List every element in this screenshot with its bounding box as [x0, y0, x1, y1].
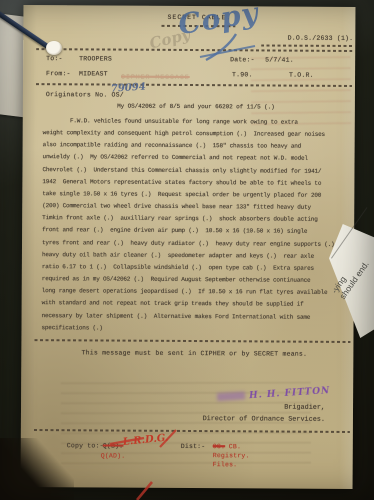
t90-field: T.90. [232, 71, 253, 78]
copy-to-struck: Q(B). [103, 442, 124, 449]
body-line: specifications (.) [41, 322, 349, 336]
from-value: MIDEAST [79, 70, 108, 77]
ghost-cipher-stamp: CIPHER MESSAGE [121, 74, 190, 81]
signatory-title: Director of Ordnance Services. [121, 413, 325, 426]
cable-document: SECRET CABLE. Copy D.O.S./2633 (1). To:-… [21, 5, 356, 489]
from-label: From:- [46, 70, 71, 77]
dist-second: Registry. [213, 452, 250, 459]
copy-to-second: Q(AD). [101, 452, 126, 459]
reference-underline [261, 44, 353, 46]
to-value: TROOPERS [79, 55, 112, 62]
white-slip: -ying should end. [329, 224, 374, 338]
fastener-washer [46, 41, 62, 55]
message-intro: My OS/42062 of 8/5 and your 66202 of 11/… [43, 102, 349, 111]
cipher-notice: This message must be sent in CIPHER or b… [41, 349, 347, 358]
dist-struck: OS. [213, 443, 225, 450]
photo-frame: SECRET CABLE. Copy D.O.S./2633 (1). To:-… [0, 0, 374, 500]
to-label: To:- [46, 55, 62, 62]
rule-mid [36, 83, 352, 86]
stamp-smudge [217, 391, 245, 401]
dist-label: Dist:- [181, 443, 206, 450]
rule-body-end [34, 339, 350, 342]
signature-block: Brigadier, Director of Ordnance Services… [121, 402, 325, 426]
rule-top [36, 48, 352, 51]
reference-number: D.O.S./2633 (1). [255, 34, 353, 42]
dist-first: CB. [229, 443, 241, 450]
dist-third: Files. [213, 461, 238, 468]
shadow-corner [0, 438, 74, 500]
message-body: F.W.D. vehicles found unsuitable for lon… [41, 115, 350, 336]
signature-stamp: H. H. FITTON [249, 386, 331, 401]
originators-number-handwritten: 79094 [111, 82, 146, 95]
date-value: 5/7/41. [265, 56, 294, 63]
date-label: Date:- [230, 56, 255, 63]
copy-to-added-handwritten: L.R.D.G. [122, 433, 169, 448]
tor-field: T.O.R. [289, 72, 314, 79]
rule-footer [34, 429, 350, 432]
